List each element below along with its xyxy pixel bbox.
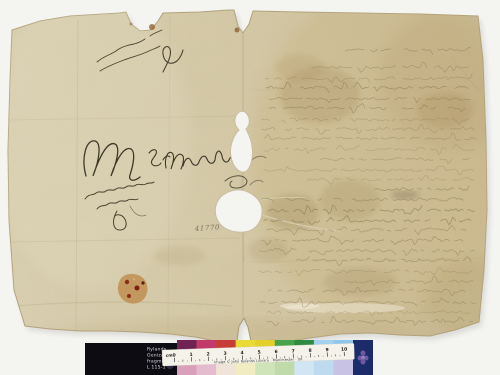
ruler-tick-label: 5: [257, 350, 260, 356]
end-block-motif: [361, 351, 366, 356]
manuscript: 41770: [0, 0, 500, 375]
wax-seal: [118, 274, 148, 304]
ruler-tick-label: 8: [308, 348, 311, 354]
ruler-tick-label: 3: [223, 351, 226, 357]
parchment-texture: [0, 0, 500, 375]
ruler-tick-label: 7: [291, 348, 294, 354]
ruler-tick-label: 1: [190, 352, 193, 358]
end-block-motif: [361, 360, 366, 365]
photo-canvas: 41770 Rylands Genizah fra: [0, 0, 500, 375]
hole-lower: [215, 190, 262, 232]
ruler-tick-label: 4: [240, 350, 243, 356]
ruler-tick-label: 10: [341, 347, 347, 353]
ruler-tick-label: 2: [207, 351, 210, 357]
end-block-motif: [361, 356, 365, 360]
ruler-tick-label: 0: [173, 353, 176, 359]
ruler-tick-label: 6: [274, 349, 277, 355]
color-swatch-bottom: [333, 358, 353, 375]
manuscript-photo: 41770 Rylands Genizah fra: [0, 0, 500, 375]
ruler-tick-label: 9: [325, 347, 328, 353]
